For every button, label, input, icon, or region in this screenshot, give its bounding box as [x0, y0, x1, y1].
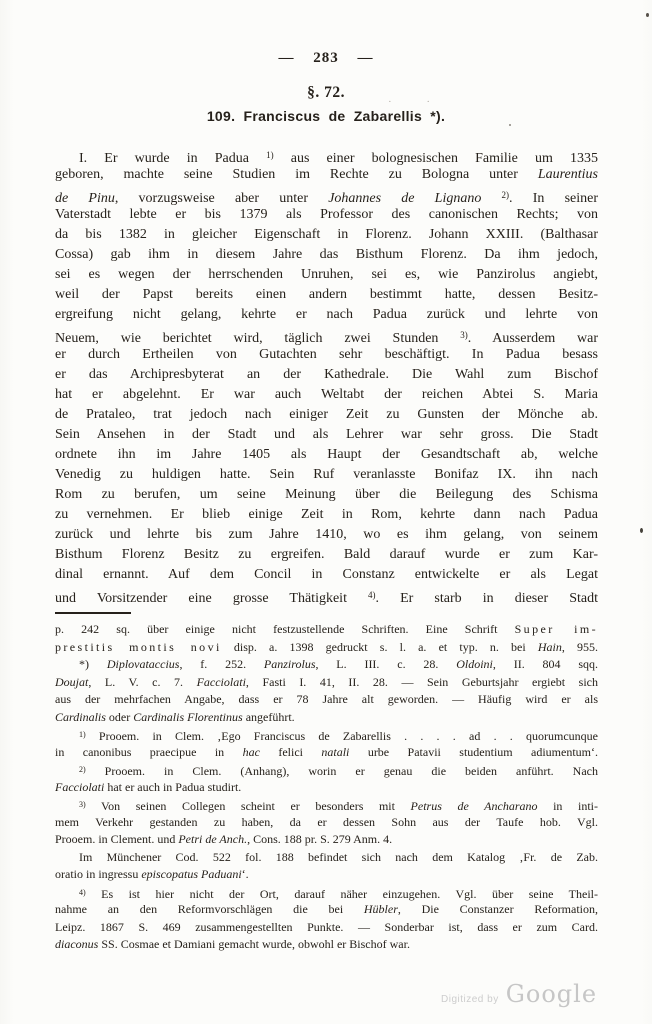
text-line: Prooem. in Clement. und Petri de Anch., … — [55, 831, 598, 849]
text-line: oratio in ingressu episcopatus Paduani‘. — [55, 866, 598, 884]
text-line: Doujat, L. V. c. 7. Facciolati, Fasti I.… — [55, 674, 598, 692]
text-line: p. 242 sq. über einige nicht festzustell… — [55, 621, 598, 639]
text-line: Bisthum Florenz Besitz zu ergreifen. Bal… — [55, 545, 598, 565]
entry-title: 109. Franciscus de Zabarellis *). — [0, 108, 652, 124]
text-line: nahme an den Reformvorschlägen die bei H… — [55, 901, 598, 919]
google-logo: Google — [506, 980, 597, 1008]
text-line: mem Verkehr gestanden zu haben, da er de… — [55, 814, 598, 832]
scan-speck — [646, 13, 649, 17]
text-line: Cossa) gab ihm in diesem Jahre das Bisth… — [55, 245, 598, 265]
text-line: dinal ernannt. Auf dem Concil in Constan… — [55, 565, 598, 585]
text-line: 3) Von seinen Collegen scheint er besond… — [55, 796, 598, 814]
text-line: weil der Papst bereits einen andern best… — [55, 285, 598, 305]
footnote-separator-rule — [55, 612, 131, 614]
watermark: Digitized by Google — [441, 980, 597, 1008]
text-line: Sein Ansehen in der Stadt und als Lehrer… — [55, 425, 598, 445]
text-line: in canonibus praecipue in hac felici nat… — [55, 744, 598, 762]
text-line: ergreifung nicht gelang, kehrte er nach … — [55, 305, 598, 325]
scan-speck — [509, 124, 511, 126]
section-heading: §. 72. — [0, 84, 652, 102]
text-line: zu vernehmen. Er blieb einige Zeit in Ro… — [55, 505, 598, 525]
scan-speck — [640, 528, 643, 533]
text-line: Im Münchener Cod. 522 fol. 188 befindet … — [55, 849, 598, 867]
scan-dots-artifact: · · — [388, 96, 446, 108]
text-line: Facciolati hat er auch in Padua studirt. — [55, 779, 598, 797]
text-line: und Vorsitzender eine grosse Thätigkeit … — [55, 585, 598, 605]
text-line: de Pinu, vorzugsweise aber unter Johanne… — [55, 185, 598, 205]
body-text: I. Er wurde in Padua 1) aus einer bologn… — [55, 145, 598, 605]
text-line: geboren, machte seine Studien im Rechte … — [55, 165, 598, 185]
digitized-by-label: Digitized by — [441, 994, 499, 1005]
text-line: Rom zu berufen, um seine Meinung über di… — [55, 485, 598, 505]
page-number: — 283 — — [0, 50, 652, 67]
text-line: 4) Es ist hier nicht der Ort, darauf näh… — [55, 884, 598, 902]
text-line: Venedig zu huldigen hatte. Sein Ruf vera… — [55, 465, 598, 485]
text-line: *) Diplovataccius, f. 252. Panzirolus, L… — [55, 656, 598, 674]
text-line: sei es wegen der herrschenden Unruhen, s… — [55, 265, 598, 285]
text-line: hat er abgelehnt. Er war auch Weltabt de… — [55, 385, 598, 405]
text-line: I. Er wurde in Padua 1) aus einer bologn… — [55, 145, 598, 165]
text-line: ordnete ihn im Jahre 1405 als Haupt der … — [55, 445, 598, 465]
text-line: 2) Prooem. in Clem. (Anhang), worin er g… — [55, 761, 598, 779]
text-line: diaconus SS. Cosmae et Damiani gemacht w… — [55, 936, 598, 954]
text-line: Cardinalis oder Cardinalis Florentinus a… — [55, 709, 598, 727]
text-line: aus der mehrfachen Angabe, dass er 78 Ja… — [55, 691, 598, 709]
text-line: da bis 1382 in gleicher Eigenschaft in F… — [55, 225, 598, 245]
text-line: zurück und lehrte bis zum Jahre 1410, wo… — [55, 525, 598, 545]
scanned-book-page: — 283 — §. 72. · · 109. Franciscus de Za… — [0, 0, 652, 1024]
text-line: prestitis montis novi disp. a. 1398 gedr… — [55, 639, 598, 657]
footnotes-text: p. 242 sq. über einige nicht festzustell… — [55, 621, 598, 954]
text-line: 1) Prooem. in Clem. ‚Ego Franciscus de Z… — [55, 726, 598, 744]
text-line: Neuem, wie berichtet wird, täglich zwei … — [55, 325, 598, 345]
text-line: er das Archipresbyterat an der Kathedral… — [55, 365, 598, 385]
text-line: Leipz. 1867 S. 469 zusammengestellten Pu… — [55, 919, 598, 937]
text-line: Vaterstadt lebte er bis 1379 als Profess… — [55, 205, 598, 225]
text-line: er durch Ertheilen von Gutachten sehr be… — [55, 345, 598, 365]
text-line: de Prataleo, trat jedoch nach einiger Ze… — [55, 405, 598, 425]
